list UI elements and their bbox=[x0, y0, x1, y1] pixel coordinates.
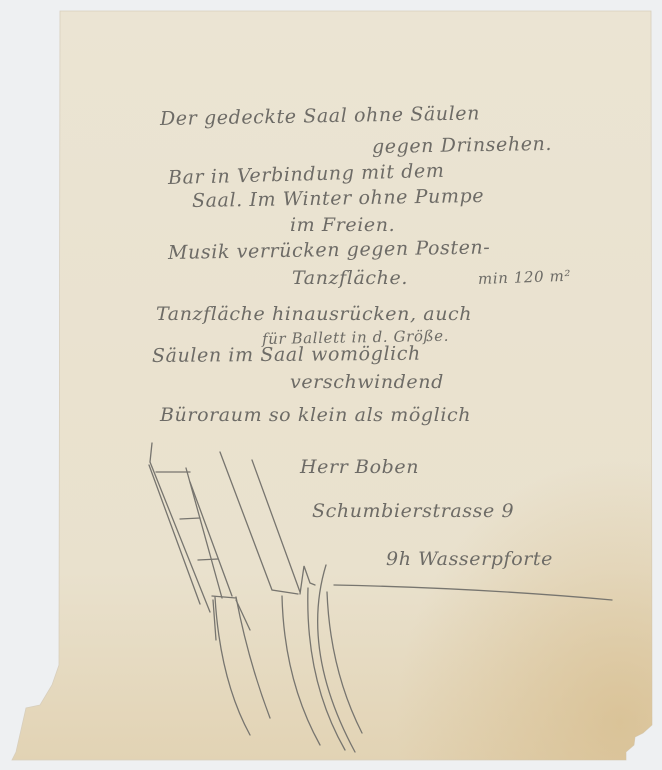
note-line-5b: verschwindend bbox=[290, 371, 444, 393]
note-line-4: Tanzfläche hinausrücken, auch bbox=[156, 303, 472, 325]
address-time-place: 9h Wasserpforte bbox=[386, 548, 553, 570]
address-street: Schumbierstrasse 9 bbox=[312, 500, 514, 522]
note-line-2c: im Freien. bbox=[290, 214, 395, 236]
scanned-paper-sheet: Der gedeckte Saal ohne Säulen gegen Drin… bbox=[0, 0, 662, 770]
note-line-3b: Tanzfläche. bbox=[292, 267, 408, 289]
note-line-3c: min 120 m² bbox=[478, 267, 572, 288]
note-line-5: Säulen im Saal womöglich bbox=[152, 343, 421, 367]
note-line-6: Büroraum so klein als möglich bbox=[160, 404, 471, 426]
address-name: Herr Boben bbox=[300, 456, 419, 478]
note-line-1b: gegen Drinsehen. bbox=[372, 133, 552, 158]
